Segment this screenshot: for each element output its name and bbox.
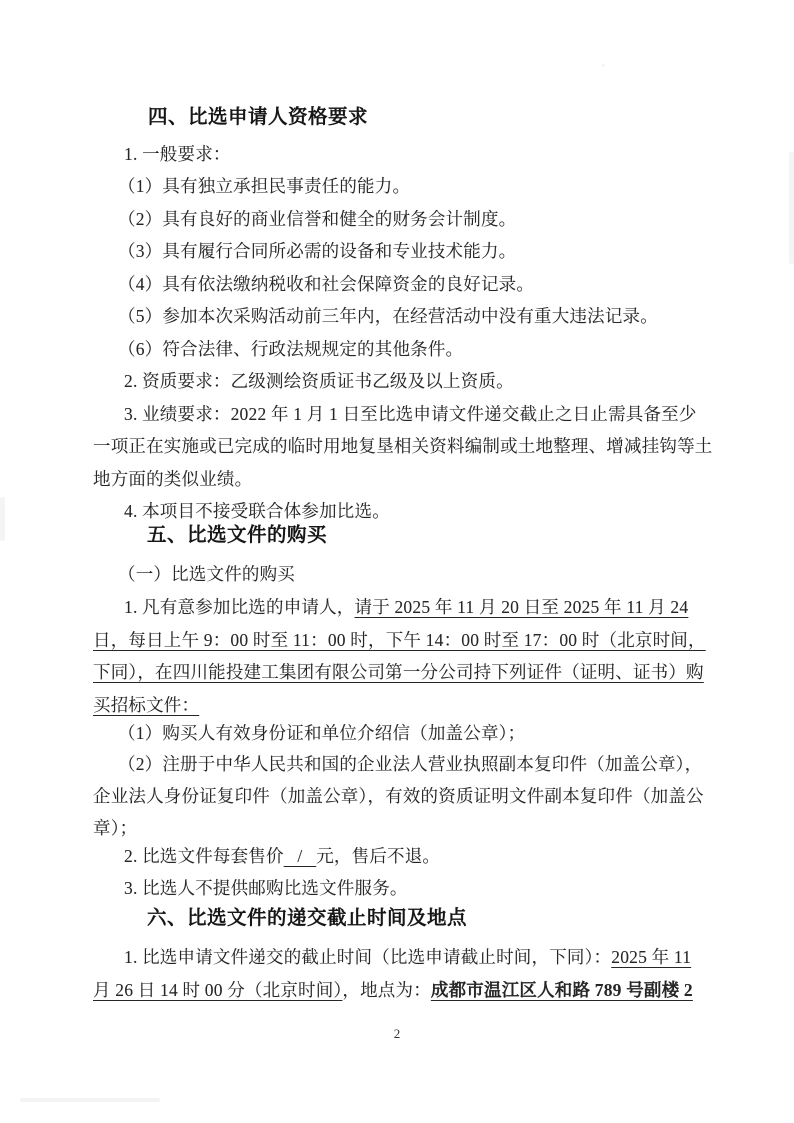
text-line: 下同），在四川能投建工集团有限公司第一分公司持下列证件（证明、证书）购	[93, 661, 704, 683]
scan-artifact	[789, 152, 794, 264]
text-line: （1）具有独立承担民事责任的能力。	[118, 175, 410, 197]
scan-artifact	[20, 1098, 160, 1102]
text-segment: （5）参加本次采购活动前三年内，在经营活动中没有重大违法记录。	[118, 306, 658, 326]
text-segment: 六、比选文件的递交截止时间及地点	[147, 907, 467, 929]
text-line: （4）具有依法缴纳税收和社会保障资金的良好记录。	[118, 273, 534, 295]
text-line: 月 26 日 14 时 00 分（北京时间），地点为：成都市温江区人和路 789…	[93, 979, 693, 1001]
text-line: 企业法人身份证复印件（加盖公章），有效的资质证明文件副本复印件（加盖公	[93, 785, 704, 807]
text-segment: ，地点为：	[342, 980, 431, 1000]
text-segment: 4. 本项目不接受联合体参加比选。	[124, 501, 390, 521]
text-line: 地方面的类似业绩。	[93, 468, 252, 490]
text-line: 买招标文件：	[93, 694, 199, 716]
text-line: （3）具有履行合同所必需的设备和专业技术能力。	[118, 240, 516, 262]
text-line: 一项正在实施或已完成的临时用地复垦相关资料编制或土地整理、增减挂钩等土	[93, 435, 713, 457]
section-heading: 六、比选文件的递交截止时间及地点	[147, 907, 467, 929]
text-line: （2）注册于中华人民共和国的企业法人营业执照副本复印件（加盖公章），	[118, 753, 702, 775]
text-line: 4. 本项目不接受联合体参加比选。	[124, 500, 390, 522]
text-line: 1. 比选申请文件递交的截止时间（比选申请截止时间，下同）：2025 年 11	[124, 946, 691, 968]
text-segment: 1. 比选申请文件递交的截止时间（比选申请截止时间，下同）：	[124, 947, 611, 967]
underlined-text: /	[284, 846, 317, 866]
underlined-text: 下同），在四川能投建工集团有限公司第一分公司持下列证件（证明、证书）购	[93, 662, 704, 682]
underlined-text: 日，每日上午 9：00 时至 11：00 时，下午 14：00 时至 17：00…	[93, 630, 706, 650]
section-heading: 五、比选文件的购买	[147, 524, 327, 546]
text-segment: 2. 资质要求：乙级测绘资质证书乙级及以上资质。	[124, 371, 514, 391]
underlined-text: 2025 年 11	[611, 947, 691, 967]
text-segment: 元，售后不退。	[316, 846, 440, 866]
underlined-text: 买招标文件：	[93, 695, 199, 715]
section-heading: 四、比选申请人资格要求	[148, 106, 368, 128]
text-segment: （2）具有良好的商业信誉和健全的财务会计制度。	[118, 209, 516, 229]
underlined-text: 成都市温江区人和路 789 号副楼 2	[431, 980, 693, 1000]
text-segment: （3）具有履行合同所必需的设备和专业技术能力。	[118, 241, 516, 261]
text-line: 2. 资质要求：乙级测绘资质证书乙级及以上资质。	[124, 370, 514, 392]
text-segment: （6）符合法律、行政法规规定的其他条件。	[118, 339, 463, 359]
text-segment: 1. 凡有意参加比选的申请人，	[124, 597, 355, 617]
text-segment: （1）购买人有效身份证和单位介绍信（加盖公章）；	[118, 723, 525, 743]
text-line: （一）比选文件的购买	[118, 563, 295, 585]
text-line: 1. 凡有意参加比选的申请人，请于 2025 年 11 月 20 日至 2025…	[124, 596, 688, 618]
text-line: 3. 比选人不提供邮购比选文件服务。	[124, 877, 408, 899]
underlined-text: 请于 2025 年 11 月 20 日至 2025 年 11 月 24	[355, 597, 689, 617]
text-segment: 四、比选申请人资格要求	[148, 106, 368, 128]
text-segment: （4）具有依法缴纳税收和社会保障资金的良好记录。	[118, 274, 534, 294]
text-line: 2. 比选文件每套售价 / 元，售后不退。	[124, 845, 440, 867]
document-page: 2 四、比选申请人资格要求1. 一般要求：（1）具有独立承担民事责任的能力。（2…	[0, 0, 794, 1123]
text-line: 章）；	[93, 817, 137, 839]
text-segment: （1）具有独立承担民事责任的能力。	[118, 176, 410, 196]
page-number: 2	[0, 1026, 794, 1042]
scan-artifact	[602, 64, 605, 67]
text-line: （5）参加本次采购活动前三年内，在经营活动中没有重大违法记录。	[118, 305, 658, 327]
underlined-text: 月 26 日 14 时 00 分（北京时间）	[93, 980, 342, 1000]
text-line: （6）符合法律、行政法规规定的其他条件。	[118, 338, 463, 360]
text-segment: 章）；	[93, 818, 137, 838]
text-segment: 地方面的类似业绩。	[93, 469, 252, 489]
text-segment: 3. 比选人不提供邮购比选文件服务。	[124, 878, 408, 898]
text-segment: 企业法人身份证复印件（加盖公章），有效的资质证明文件副本复印件（加盖公	[93, 786, 704, 806]
text-segment: 五、比选文件的购买	[147, 524, 327, 546]
text-segment: 3. 业绩要求：2022 年 1 月 1 日至比选申请文件递交截止之日止需具备至…	[124, 404, 697, 424]
text-line: 1. 一般要求：	[124, 143, 231, 165]
text-line: 日，每日上午 9：00 时至 11：00 时，下午 14：00 时至 17：00…	[93, 629, 706, 651]
text-line: 3. 业绩要求：2022 年 1 月 1 日至比选申请文件递交截止之日止需具备至…	[124, 403, 697, 425]
text-segment: （一）比选文件的购买	[118, 564, 295, 584]
text-segment: 2. 比选文件每套售价	[124, 846, 284, 866]
text-segment: （2）注册于中华人民共和国的企业法人营业执照副本复印件（加盖公章），	[118, 754, 702, 774]
scan-artifact	[0, 497, 5, 541]
text-line: （1）购买人有效身份证和单位介绍信（加盖公章）；	[118, 722, 525, 744]
text-line: （2）具有良好的商业信誉和健全的财务会计制度。	[118, 208, 516, 230]
text-segment: 一项正在实施或已完成的临时用地复垦相关资料编制或土地整理、增减挂钩等土	[93, 436, 713, 456]
text-segment: 1. 一般要求：	[124, 144, 231, 164]
